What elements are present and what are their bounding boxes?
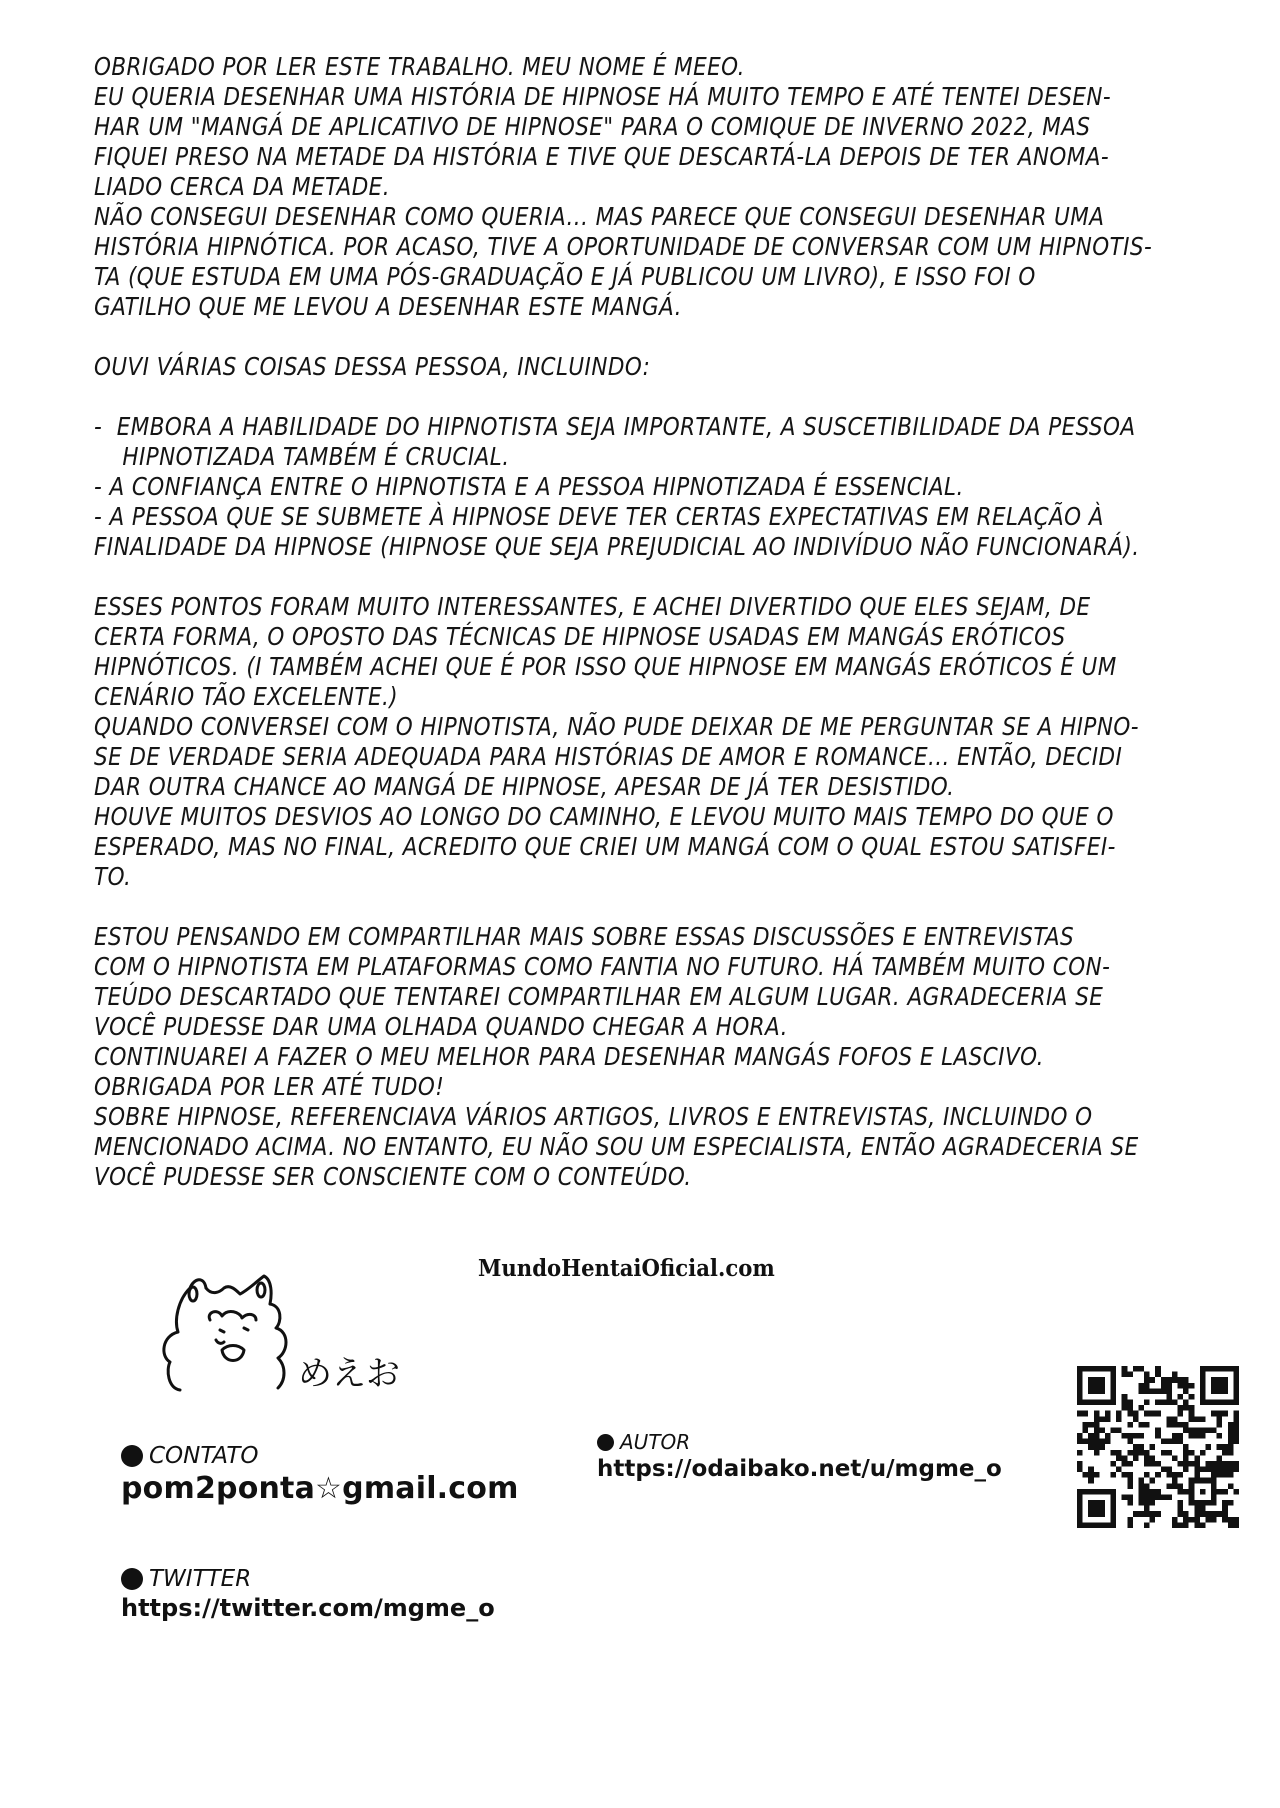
paragraph-gap [94, 562, 1264, 592]
twitter-link[interactable]: https://twitter.com/mgme_o [121, 1594, 495, 1622]
text-line: VOCÊ PUDESSE SER CONSCIENTE COM O CONTEÚ… [94, 1162, 1264, 1192]
text-line: CONTINUAREI A FAZER O MEU MELHOR PARA DE… [94, 1042, 1264, 1072]
text-line: NÃO CONSEGUI DESENHAR COMO QUERIA... MAS… [94, 202, 1264, 232]
text-line: HOUVE MUITOS DESVIOS AO LONGO DO CAMINHO… [94, 802, 1264, 832]
text-line: ESPERADO, MAS NO FINAL, ACREDITO QUE CRI… [94, 832, 1264, 862]
text-line: - EMBORA A HABILIDADE DO HIPNOTISTA SEJA… [94, 412, 1264, 442]
contact-author-block: AUTOR https://odaibako.net/u/mgme_o [597, 1430, 1002, 1482]
text-line: OUVI VÁRIAS COISAS DESSA PESSOA, INCLUIN… [94, 352, 1264, 382]
afterword-text: OBRIGADO POR LER ESTE TRABALHO. MEU NOME… [94, 52, 1264, 1192]
contact-label: CONTATO [149, 1443, 259, 1469]
paragraph-gap [94, 892, 1264, 922]
text-line: DAR OUTRA CHANCE AO MANGÁ DE HIPNOSE, AP… [94, 772, 1264, 802]
text-line: ESTOU PENSANDO EM COMPARTILHAR MAIS SOBR… [94, 922, 1264, 952]
watermark-site: MundoHentaiOficial.com [478, 1255, 775, 1282]
bullet-icon [121, 1568, 143, 1590]
text-line: EU QUERIA DESENHAR UMA HISTÓRIA DE HIPNO… [94, 82, 1264, 112]
text-line: COM O HIPNOTISTA EM PLATAFORMAS COMO FAN… [94, 952, 1264, 982]
text-line: CENÁRIO TÃO EXCELENTE.) [94, 682, 1264, 712]
text-line: HIPNOTIZADA TAMBÉM É CRUCIAL. [94, 442, 1264, 472]
text-line: SOBRE HIPNOSE, REFERENCIAVA VÁRIOS ARTIG… [94, 1102, 1264, 1132]
text-line: HIPNÓTICOS. (I TAMBÉM ACHEI QUE É POR IS… [94, 652, 1264, 682]
text-line: SE DE VERDADE SERIA ADEQUADA PARA HISTÓR… [94, 742, 1264, 772]
paragraph-gap [94, 382, 1264, 412]
text-line: LIADO CERCA DA METADE. [94, 172, 1264, 202]
text-line: - A CONFIANÇA ENTRE O HIPNOTISTA E A PES… [94, 472, 1264, 502]
text-line: TEÚDO DESCARTADO QUE TENTAREI COMPARTILH… [94, 982, 1264, 1012]
text-line: TO. [94, 862, 1264, 892]
text-line: TA (QUE ESTUDA EM UMA PÓS-GRADUAÇÃO E JÁ… [94, 262, 1264, 292]
text-line: QUANDO CONVERSEI COM O HIPNOTISTA, NÃO P… [94, 712, 1264, 742]
text-line: MENCIONADO ACIMA. NO ENTANTO, EU NÃO SOU… [94, 1132, 1264, 1162]
text-line: VOCÊ PUDESSE DAR UMA OLHADA QUANDO CHEGA… [94, 1012, 1264, 1042]
text-line: CERTA FORMA, O OPOSTO DAS TÉCNICAS DE HI… [94, 622, 1264, 652]
text-line: FIQUEI PRESO NA METADE DA HISTÓRIA E TIV… [94, 142, 1264, 172]
author-label: AUTOR [620, 1430, 690, 1454]
text-line: ESSES PONTOS FORAM MUITO INTERESSANTES, … [94, 592, 1264, 622]
alpaca-doodle-icon: めえお [148, 1270, 478, 1410]
bullet-icon [121, 1445, 143, 1467]
twitter-label: TWITTER [149, 1566, 251, 1592]
text-line: - A PESSOA QUE SE SUBMETE À HIPNOSE DEVE… [94, 502, 1264, 532]
svg-text:めえお: めえお [298, 1354, 400, 1394]
paragraph-gap [94, 322, 1264, 352]
contact-email[interactable]: pom2ponta☆gmail.com [121, 1471, 519, 1506]
text-line: OBRIGADO POR LER ESTE TRABALHO. MEU NOME… [94, 52, 1264, 82]
text-line: FINALIDADE DA HIPNOSE (HIPNOSE QUE SEJA … [94, 532, 1264, 562]
text-line: HAR UM "MANGÁ DE APLICATIVO DE HIPNOSE" … [94, 112, 1264, 142]
contact-email-block: CONTATO pom2ponta☆gmail.com [121, 1443, 519, 1506]
author-link[interactable]: https://odaibako.net/u/mgme_o [597, 1456, 1002, 1482]
contact-twitter-block: TWITTER https://twitter.com/mgme_o [121, 1566, 495, 1622]
text-line: GATILHO QUE ME LEVOU A DESENHAR ESTE MAN… [94, 292, 1264, 322]
qr-code-icon[interactable] [1077, 1366, 1239, 1528]
text-line: OBRIGADA POR LER ATÉ TUDO! [94, 1072, 1264, 1102]
bullet-icon [597, 1434, 614, 1451]
text-line: HISTÓRIA HIPNÓTICA. POR ACASO, TIVE A OP… [94, 232, 1264, 262]
